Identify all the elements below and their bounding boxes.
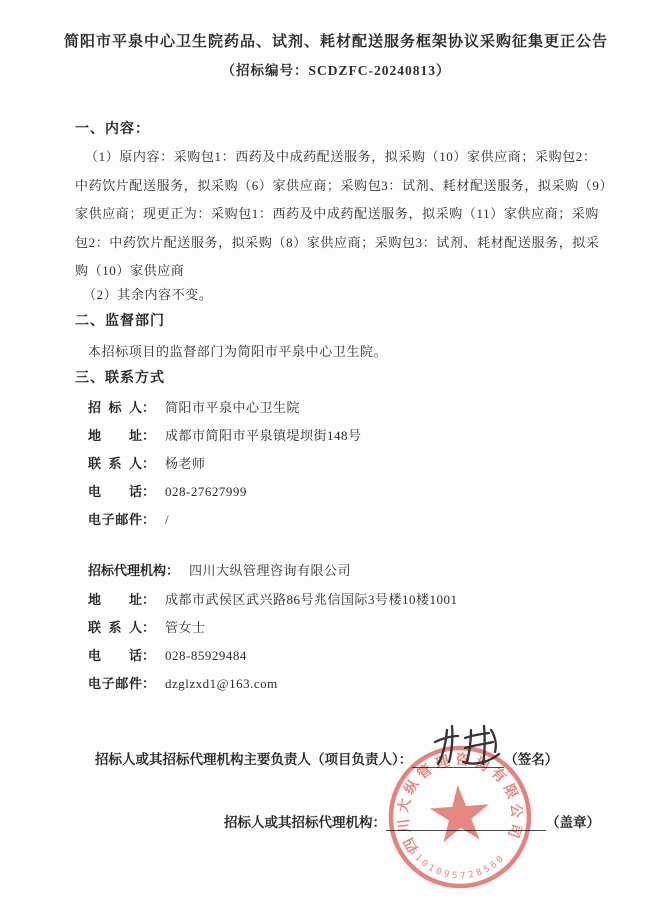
document-title: 简阳市平泉中心卫生院药品、试剂、耗材配送服务框架协议采购征集更正公告 — [0, 30, 672, 51]
stamp-line-label: 招标人或其招标代理机构： — [224, 815, 386, 830]
signature-line-label: 招标人或其招标代理机构主要负责人（项目负责人）： — [95, 752, 412, 767]
tender-number: （招标编号：SCDZFC-20240813） — [0, 59, 672, 79]
row-colon: ： — [142, 648, 155, 663]
row-value: 管女士 — [165, 620, 206, 635]
section-content-heading: 一、内容： — [75, 118, 150, 138]
row-label: 联系人 — [88, 617, 142, 636]
agency-row-address: 地址：成都市武侯区武兴路86号兆信国际3号楼10楼1001 — [88, 589, 458, 608]
handwritten-signature — [425, 720, 515, 776]
contact-row-phone: 电话：028-27627999 — [88, 481, 247, 500]
row-value: / — [165, 512, 169, 527]
row-colon: ： — [142, 428, 155, 443]
row-colon: ： — [142, 400, 155, 415]
row-value: 四川大纵管理咨询有限公司 — [189, 563, 351, 578]
agency-row-name: 招标代理机构：四川大纵管理咨询有限公司 — [88, 560, 351, 579]
row-value: 杨老师 — [165, 456, 206, 471]
row-colon: ： — [166, 563, 179, 578]
supervision-body: 本招标项目的监督部门为简阳市平泉中心卫生院。 — [88, 338, 387, 367]
row-value: 028-85929484 — [165, 648, 247, 663]
row-value: 028-27627999 — [165, 484, 247, 499]
stamp-line-suffix: （盖章） — [546, 815, 600, 830]
seal-star-icon — [428, 783, 491, 843]
row-label: 招标代理机构 — [88, 563, 166, 578]
row-colon: ： — [142, 676, 155, 691]
row-label: 地址 — [88, 425, 142, 444]
row-colon: ： — [142, 512, 155, 527]
row-colon: ： — [142, 592, 155, 607]
row-label: 电话 — [88, 645, 142, 664]
row-colon: ： — [142, 484, 155, 499]
row-label: 电话 — [88, 481, 142, 500]
row-label: 招标人 — [88, 397, 142, 416]
row-label: 电子邮件 — [88, 509, 142, 528]
row-label: 电子邮件 — [88, 673, 142, 692]
row-value: 成都市武侯区武兴路86号兆信国际3号楼10楼1001 — [165, 592, 458, 607]
row-value: 简阳市平泉中心卫生院 — [165, 400, 300, 415]
contact-row-tenderer: 招标人：简阳市平泉中心卫生院 — [88, 397, 300, 416]
row-value: dzglzxd1@163.com — [165, 676, 278, 691]
contact-row-person: 联系人：杨老师 — [88, 453, 206, 472]
document-page: 简阳市平泉中心卫生院药品、试剂、耗材配送服务框架协议采购征集更正公告 （招标编号… — [0, 0, 672, 912]
contact-row-address: 地址：成都市简阳市平泉镇堤坝街148号 — [88, 425, 362, 444]
content-paragraph-2: （2）其余内容不变。 — [83, 281, 213, 310]
agency-row-phone: 电话：028-85929484 — [88, 645, 247, 664]
row-value: 成都市简阳市平泉镇堤坝街148号 — [165, 428, 362, 443]
content-paragraph-1: （1）原内容：采购包1：西药及中成药配送服务，拟采购（10）家供应商；采购包2：… — [75, 143, 607, 286]
row-colon: ： — [142, 620, 155, 635]
section-supervision-heading: 二、监督部门 — [75, 310, 165, 330]
row-label: 地址 — [88, 589, 142, 608]
row-label: 联系人 — [88, 453, 142, 472]
section-contact-heading: 三、联系方式 — [75, 367, 165, 387]
agency-row-email: 电子邮件：dzglzxd1@163.com — [88, 673, 278, 692]
contact-row-email: 电子邮件：/ — [88, 509, 169, 528]
agency-row-person: 联系人：管女士 — [88, 617, 206, 636]
row-colon: ： — [142, 456, 155, 471]
